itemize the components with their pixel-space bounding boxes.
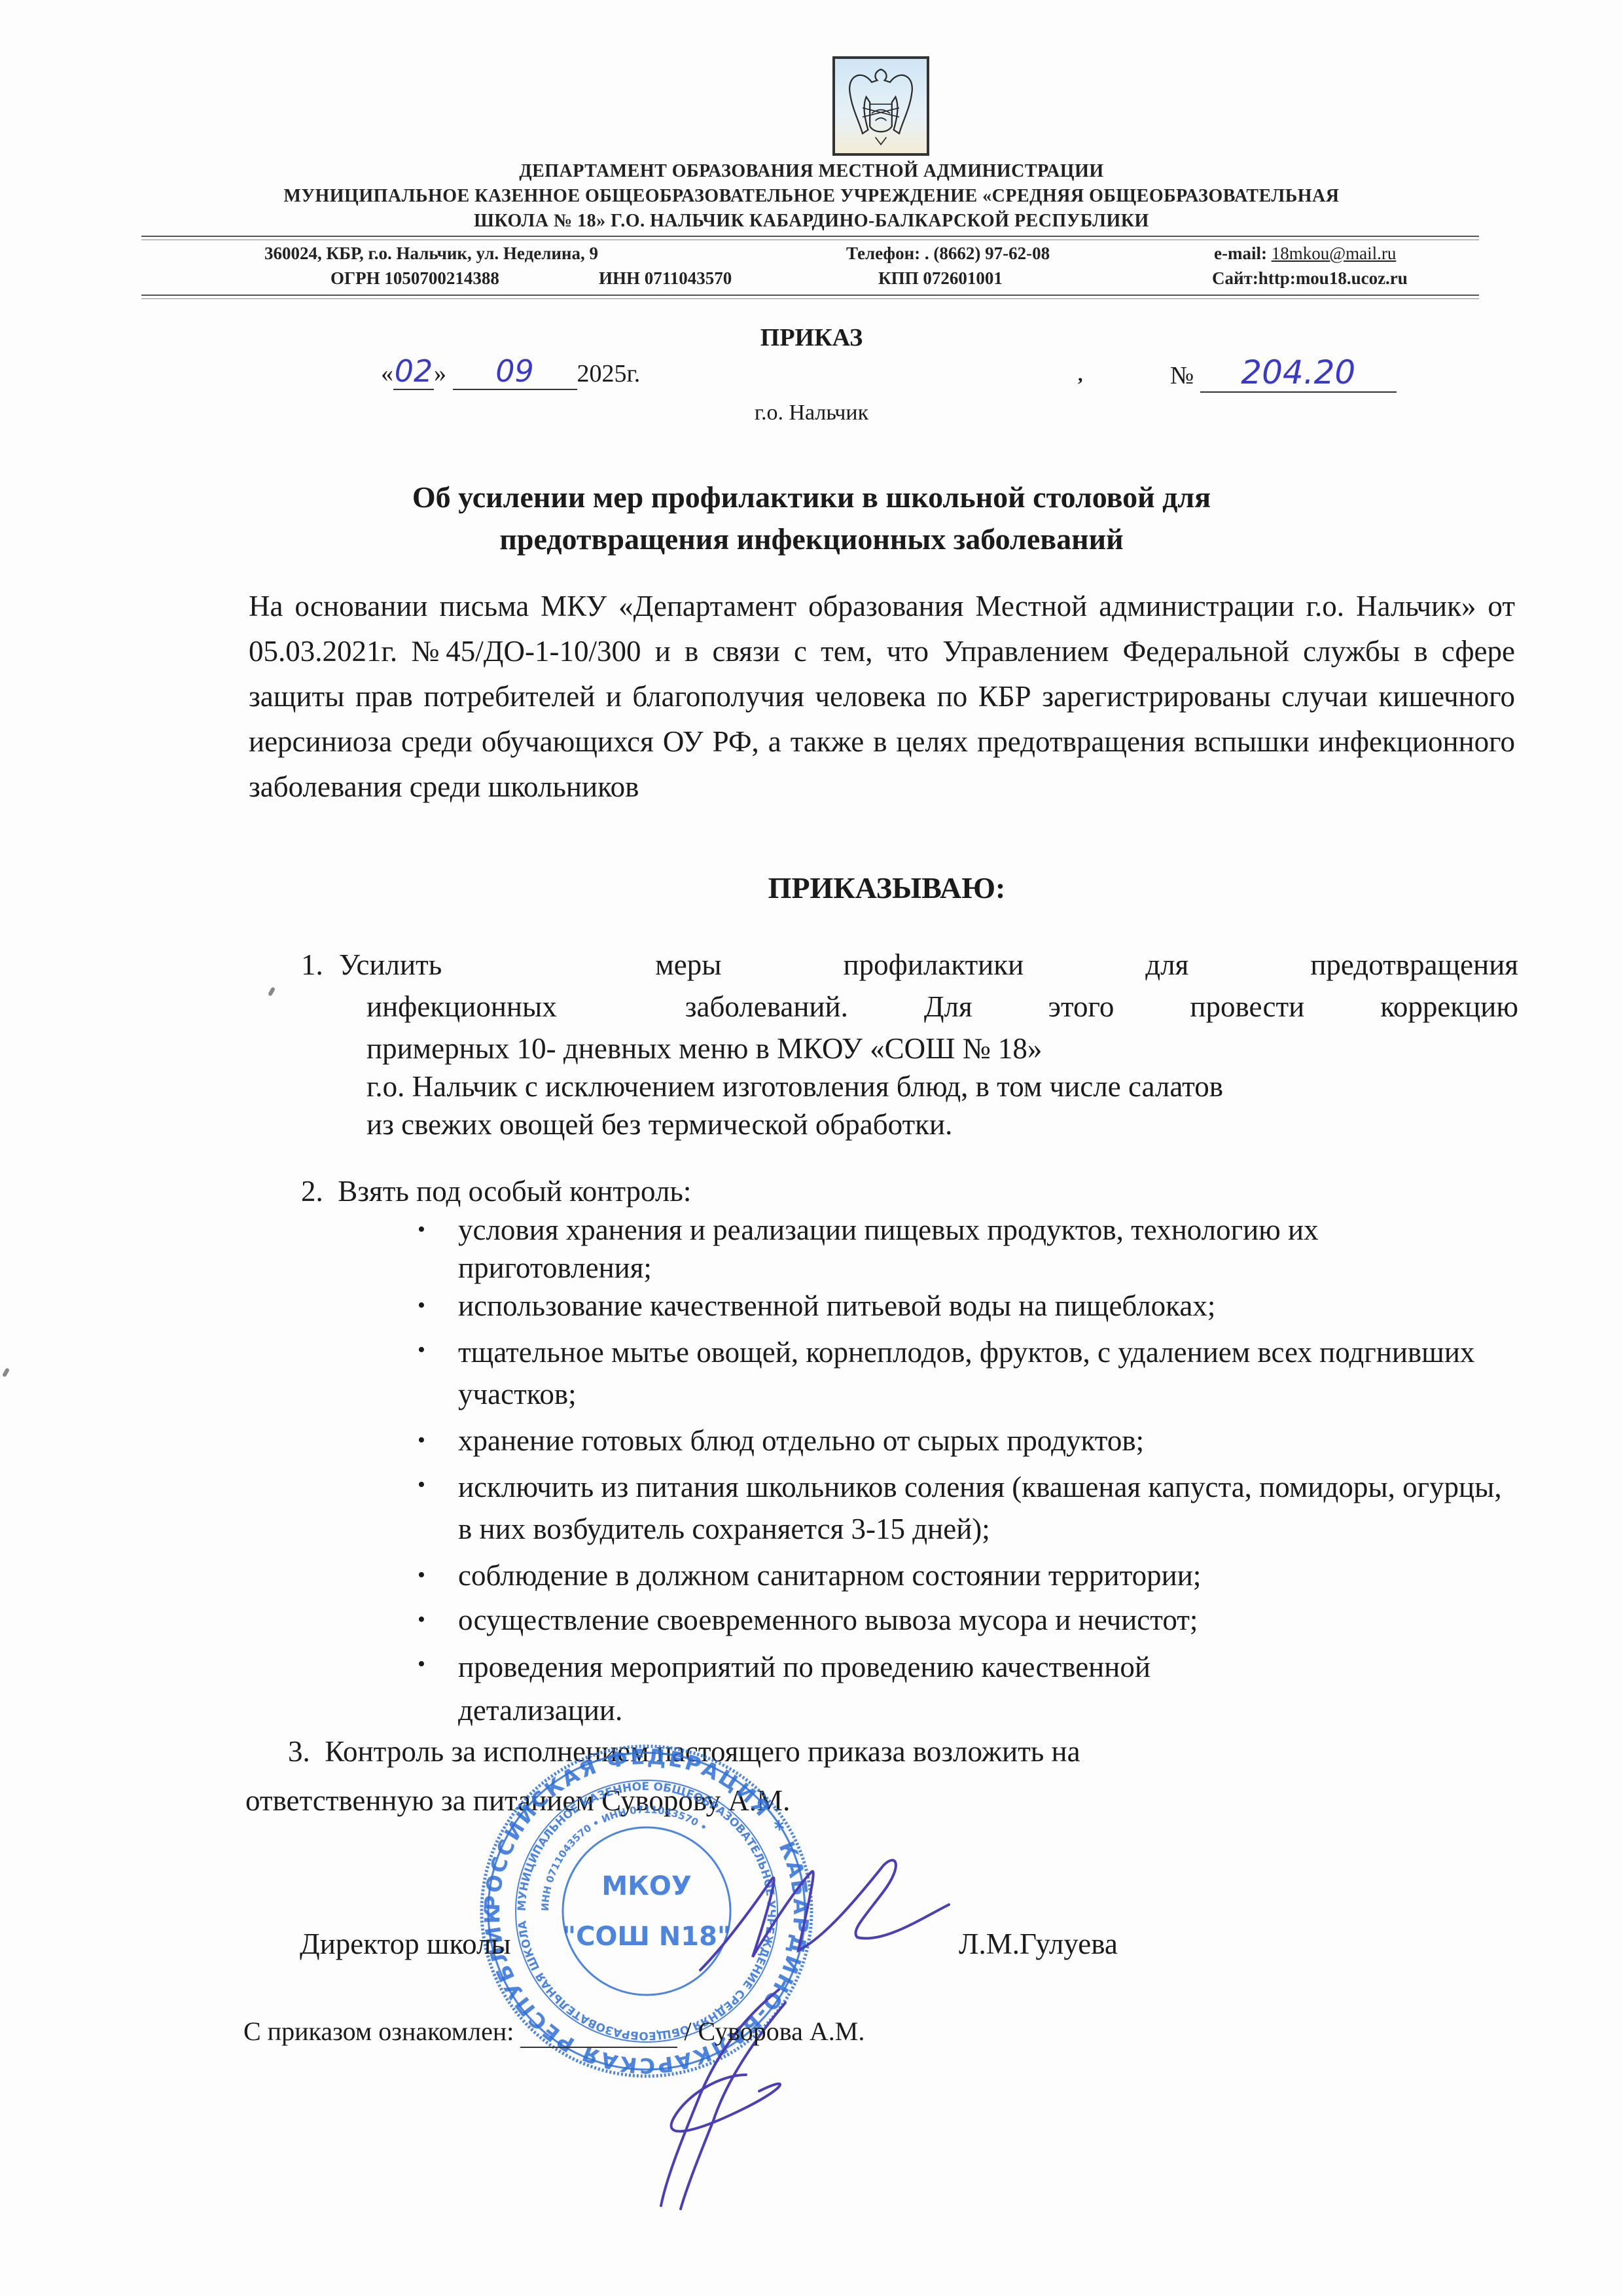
subject-line-2: предотвращения инфекционных заболеваний <box>262 518 1361 560</box>
list-item: •использование качественной питьевой вод… <box>406 1287 1518 1325</box>
acknowledgement-name: / Суворова А.М. <box>684 2017 865 2046</box>
item-number: 2. <box>301 1175 323 1208</box>
word: для <box>1145 944 1188 986</box>
list-item-text: использование качественной питьевой воды… <box>458 1289 1215 1322</box>
bullet-icon: • <box>418 1422 425 1460</box>
item-number: 1. <box>301 944 323 986</box>
item-1-line-3: примерных 10- дневных меню в МКОУ «СОШ №… <box>301 1028 1518 1069</box>
order-number: № 204.20 <box>1170 353 1397 393</box>
inn: ИНН 0711043570 <box>599 268 732 289</box>
word: профилактики <box>844 944 1024 986</box>
order-subject: Об усилении мер профилактики в школьной … <box>262 476 1361 560</box>
bullet-icon: • <box>418 1287 425 1325</box>
email-link[interactable]: 18mkou@mail.ru <box>1272 243 1397 263</box>
email-label: e-mail: <box>1214 243 1272 263</box>
eagle-emblem-icon <box>835 59 927 153</box>
svg-text:МКОУ: МКОУ <box>601 1871 691 1901</box>
item-number: 3. <box>288 1735 310 1768</box>
order-item-2: 2. Взять под особый контроль: <box>301 1170 691 1212</box>
letterhead-divider-top <box>141 236 1479 240</box>
item-1-line-1: Усилить меры профилактики для предотвращ… <box>339 944 1518 986</box>
list-item: •проведения мероприятий по проведению ка… <box>406 1645 1518 1732</box>
word: Усилить <box>339 944 442 986</box>
date-day: 02 <box>395 353 433 389</box>
preamble-text: На основании письма МКУ «Департамент обр… <box>249 584 1515 810</box>
bullet-icon: • <box>418 1331 425 1369</box>
director-signature <box>687 1846 962 1977</box>
acknowledgement-label: С приказом ознакомлен: <box>243 2017 514 2046</box>
list-item: •исключить из питания школьников соления… <box>406 1466 1518 1550</box>
list-item-text: хранение готовых блюд отдельно от сырых … <box>458 1424 1144 1457</box>
letterhead-department: ДЕПАРТАМЕНТ ОБРАЗОВАНИЯ МЕСТНОЙ АДМИНИСТ… <box>0 161 1623 182</box>
date-month: 09 <box>495 353 534 389</box>
list-item: •условия хранения и реализации пищевых п… <box>406 1211 1518 1287</box>
item-2-text: Взять под особый контроль: <box>338 1175 691 1208</box>
scan-speck <box>268 986 276 996</box>
orders-heading: ПРИКАЗЫВАЮ: <box>0 870 1623 905</box>
signatory-position: Директор школы <box>300 1927 511 1961</box>
word: предотвращения <box>1310 944 1518 986</box>
list-item-text: проведения мероприятий по проведению кач… <box>458 1645 1309 1732</box>
letterhead-divider-bottom <box>141 295 1479 299</box>
website: Сайт:http:mou18.ucoz.ru <box>1212 268 1408 289</box>
date-quote-close: » <box>434 360 446 387</box>
list-item-text: соблюдение в должном санитарном состояни… <box>458 1559 1201 1592</box>
list-item-text: исключить из питания школьников соления … <box>458 1466 1518 1550</box>
preamble: На основании письма МКУ «Департамент обр… <box>249 584 1515 810</box>
acknowledgement-line: С приказом ознакомлен: / Суворова А.М. <box>243 2016 865 2048</box>
bullet-icon: • <box>418 1556 425 1594</box>
order-number-value: 204.20 <box>1241 353 1355 391</box>
bullet-icon: • <box>418 1211 425 1249</box>
list-item: •хранение готовых блюд отдельно от сырых… <box>406 1422 1518 1460</box>
date-quote-open: « <box>381 360 393 387</box>
letterhead-institution: МУНИЦИПАЛЬНОЕ КАЗЕННОЕ ОБЩЕОБРАЗОВАТЕЛЬН… <box>0 186 1623 207</box>
date-year: 2025г. <box>577 360 641 387</box>
list-item: •соблюдение в должном санитарном состоян… <box>406 1556 1518 1594</box>
list-item-text: тщательное мытье овощей, корнеплодов, фр… <box>458 1331 1518 1415</box>
email-block: e-mail: 18mkou@mail.ru <box>1214 243 1396 264</box>
address: 360024, КБР, г.о. Нальчик, ул. Неделина,… <box>264 243 598 264</box>
bullet-icon: • <box>418 1601 425 1639</box>
scan-speck <box>2 1367 10 1377</box>
acknowledgement-signature <box>589 1977 825 2212</box>
signatory-name: Л.М.Гулуева <box>959 1927 1118 1961</box>
order-item-1: 1. Усилить меры профилактики для предотв… <box>301 944 1518 1145</box>
bullet-icon: • <box>418 1645 425 1683</box>
list-item: •тщательное мытье овощей, корнеплодов, ф… <box>406 1331 1518 1415</box>
list-item-text: осуществление своевременного вывоза мусо… <box>458 1604 1198 1636</box>
ogrn: ОГРН 1050700214388 <box>330 268 499 289</box>
number-label: № <box>1170 362 1194 389</box>
list-item-text: условия хранения и реализации пищевых пр… <box>458 1211 1355 1287</box>
control-list: •условия хранения и реализации пищевых п… <box>406 1211 1518 1738</box>
letterhead-institution-cont: ШКОЛА № 18» Г.О. НАЛЬЧИК КАБАРДИНО-БАЛКА… <box>0 211 1623 232</box>
phone: Телефон: . (8662) 97-62-08 <box>846 243 1050 264</box>
item-1-line-5: из свежих овощей без термической обработ… <box>301 1103 1518 1145</box>
coat-of-arms-icon <box>832 56 929 156</box>
item-1-line-2: инфекционныхзаболеваний.Дляэтогопровести… <box>301 986 1518 1028</box>
item-1-line-4: г.о. Нальчик с исключением изготовления … <box>301 1069 1518 1103</box>
acknowledgement-signature-field <box>520 2016 677 2048</box>
stray-mark: , <box>1078 364 1083 386</box>
order-date: «02» 092025г. <box>381 353 640 390</box>
word: меры <box>655 944 721 986</box>
kpp: КПП 072601001 <box>878 268 1003 289</box>
subject-line-1: Об усилении мер профилактики в школьной … <box>262 476 1361 518</box>
document-type-title: ПРИКАЗ <box>0 323 1623 352</box>
order-city: г.о. Нальчик <box>0 401 1623 425</box>
bullet-icon: • <box>418 1466 425 1504</box>
list-item: •осуществление своевременного вывоза мус… <box>406 1601 1518 1639</box>
